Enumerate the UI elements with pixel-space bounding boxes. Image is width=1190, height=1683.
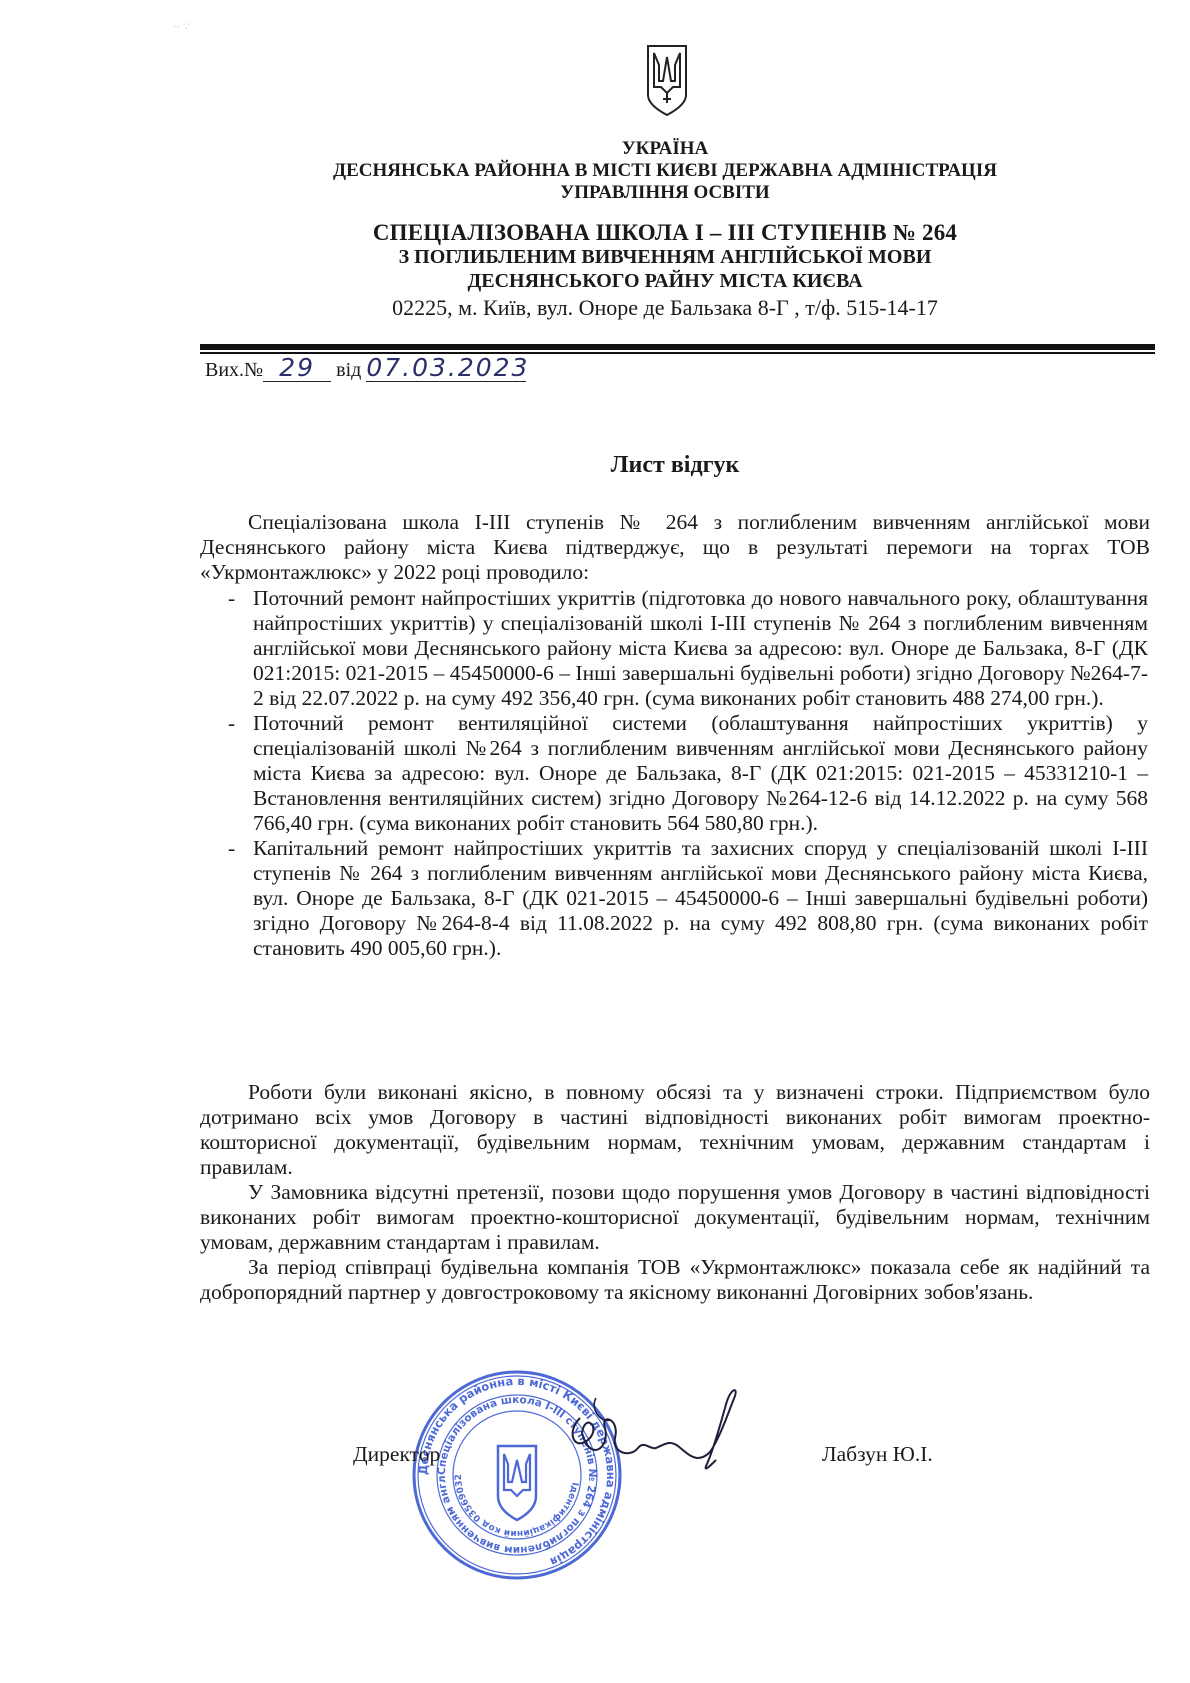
- closing-paragraphs: Роботи були виконані якісно, в повному о…: [200, 1080, 1150, 1305]
- intro-text: Спеціалізована школа І-ІІІ ступенів № 26…: [200, 510, 1150, 585]
- partner-paragraph: За період співпраці будівельна компанія …: [200, 1255, 1150, 1305]
- header-address: 02225, м. Київ, вул. Оноре де Бальзака 8…: [0, 295, 1190, 321]
- list-item-text: Капітальний ремонт найпростіших укриттів…: [253, 836, 1148, 960]
- handwritten-signature-icon: [560, 1378, 770, 1488]
- document-title: Лист відгук: [0, 452, 1190, 479]
- header-divider-thin: [200, 352, 1155, 354]
- letter-page: ~ ∵ УКРАЇНА ДЕСНЯНСЬКА РАЙОННА В МІСТІ К…: [0, 0, 1190, 1683]
- header-divider-thick: [200, 344, 1155, 350]
- header-school-line3: ДЕСНЯНСЬКОГО РАЙНУ МІСТА КИЄВА: [0, 270, 1190, 293]
- no-claims-paragraph: У Замовника відсутні претензії, позови щ…: [200, 1180, 1150, 1255]
- list-dash: -: [228, 711, 235, 736]
- list-item: - Капітальний ремонт найпростіших укритт…: [228, 836, 1148, 961]
- outgoing-from-label: від: [336, 359, 361, 381]
- header-department: УПРАВЛІННЯ ОСВІТИ: [0, 182, 1190, 204]
- list-dash: -: [228, 836, 235, 861]
- list-item: - Поточний ремонт найпростіших укриттів …: [228, 586, 1148, 711]
- signatory-position: Директор: [353, 1442, 440, 1467]
- outgoing-number-line: Вих.№29 від 07.03.2023: [205, 355, 526, 382]
- header-school-line2: З ПОГЛИБЛЕНИМ ВИВЧЕННЯМ АНГЛІЙСЬКОЇ МОВИ: [0, 246, 1190, 269]
- scan-artifact: ~ ∵: [174, 20, 190, 33]
- header-school-line1: СПЕЦІАЛІЗОВАНА ШКОЛА І – ІІІ СТУПЕНІВ № …: [0, 220, 1190, 246]
- quality-paragraph: Роботи були виконані якісно, в повному о…: [200, 1080, 1150, 1180]
- outgoing-number: 29: [263, 355, 331, 382]
- list-item: - Поточний ремонт вентиляційної системи …: [228, 711, 1148, 836]
- works-list: - Поточний ремонт найпростіших укриттів …: [228, 586, 1148, 961]
- header-country: УКРАЇНА: [0, 138, 1190, 160]
- outgoing-date: 07.03.2023: [366, 355, 526, 382]
- list-dash: -: [228, 586, 235, 611]
- list-item-text: Поточний ремонт найпростіших укриттів (п…: [253, 586, 1148, 710]
- intro-paragraph: Спеціалізована школа І-ІІІ ступенів № 26…: [200, 510, 1150, 585]
- header-administration: ДЕСНЯНСЬКА РАЙОННА В МІСТІ КИЄВІ ДЕРЖАВН…: [0, 160, 1190, 182]
- trident-emblem-icon: [645, 43, 689, 118]
- list-item-text: Поточний ремонт вентиляційної системи (о…: [253, 711, 1148, 835]
- outgoing-label: Вих.№: [205, 359, 263, 381]
- signatory-name: Лабзун Ю.І.: [822, 1442, 933, 1467]
